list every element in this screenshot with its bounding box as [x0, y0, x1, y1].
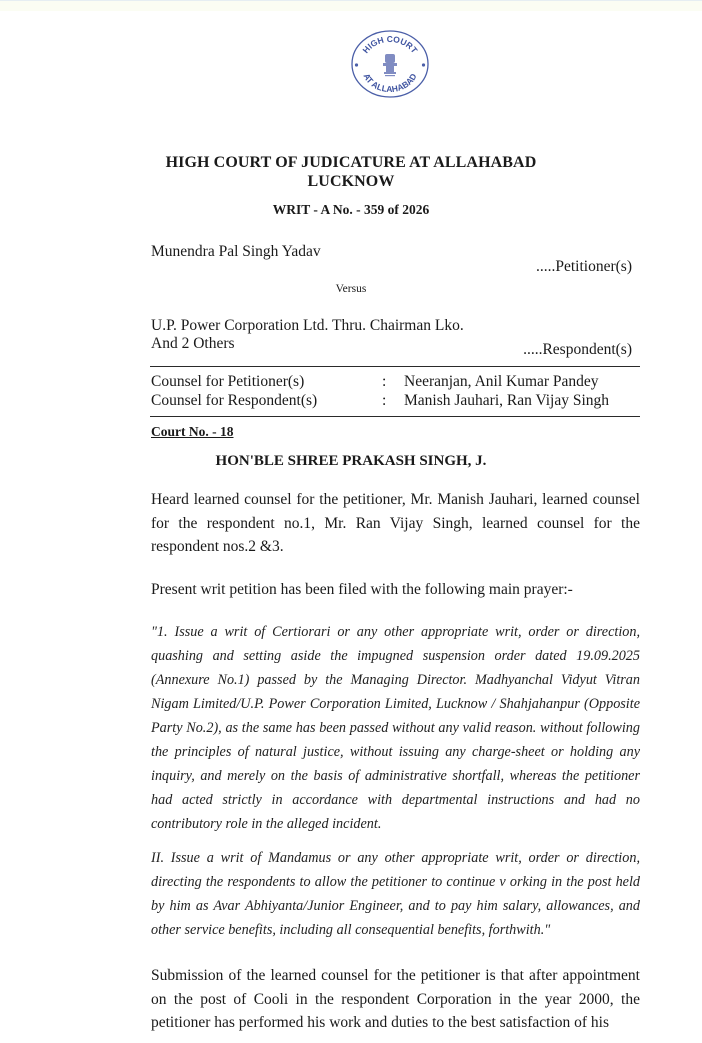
counsel-value: Manish Jauhari, Ran Vijay Singh	[404, 392, 609, 410]
paragraph-heard: Heard learned counsel for the petitioner…	[151, 488, 640, 559]
counsel-row-respondent: Counsel for Respondent(s) : Manish Jauha…	[150, 392, 640, 412]
versus-label: Versus	[0, 283, 702, 295]
counsel-row-petitioner: Counsel for Petitioner(s) : Neeranjan, A…	[150, 373, 640, 393]
emblem-seal-icon: HIGH COURT AT ALLAHABAD	[350, 28, 430, 100]
divider-top	[150, 366, 640, 367]
counsel-value: Neeranjan, Anil Kumar Pandey	[404, 373, 599, 391]
respondent-role: .....Respondent(s)	[523, 341, 632, 359]
counsel-separator: :	[382, 392, 386, 410]
counsel-label: Counsel for Petitioner(s)	[151, 373, 304, 391]
divider-bottom	[150, 416, 640, 417]
paragraph-prayer-intro: Present writ petition has been filed wit…	[151, 578, 640, 602]
respondent-name: U.P. Power Corporation Ltd. Thru. Chairm…	[151, 317, 464, 353]
respondent-line-1: U.P. Power Corporation Ltd. Thru. Chairm…	[151, 317, 464, 335]
court-name: HIGH COURT OF JUDICATURE AT ALLAHABAD	[0, 153, 702, 172]
prayer-clause-1: "1. Issue a writ of Certiorari or any ot…	[151, 620, 640, 836]
court-order-page: HIGH COURT AT ALLAHABAD HIGH COURT OF JU…	[0, 0, 702, 1043]
judge-name: HON'BLE SHREE PRAKASH SINGH, J.	[0, 453, 702, 470]
court-bench: LUCKNOW	[0, 172, 702, 191]
court-heading: HIGH COURT OF JUDICATURE AT ALLAHABAD LU…	[0, 153, 702, 191]
petitioner-role: .....Petitioner(s)	[536, 258, 632, 276]
high-court-seal: HIGH COURT AT ALLAHABAD	[350, 28, 430, 100]
prayer-clause-2: II. Issue a writ of Mandamus or any othe…	[151, 846, 640, 942]
respondent-line-2: And 2 Others	[151, 335, 464, 353]
petitioner-name: Munendra Pal Singh Yadav	[151, 243, 321, 261]
court-number: Court No. - 18	[151, 424, 234, 440]
case-number: WRIT - A No. - 359 of 2026	[0, 202, 702, 218]
counsel-separator: :	[382, 373, 386, 391]
paragraph-submission: Submission of the learned counsel for th…	[151, 964, 640, 1035]
counsel-label: Counsel for Respondent(s)	[151, 392, 317, 410]
